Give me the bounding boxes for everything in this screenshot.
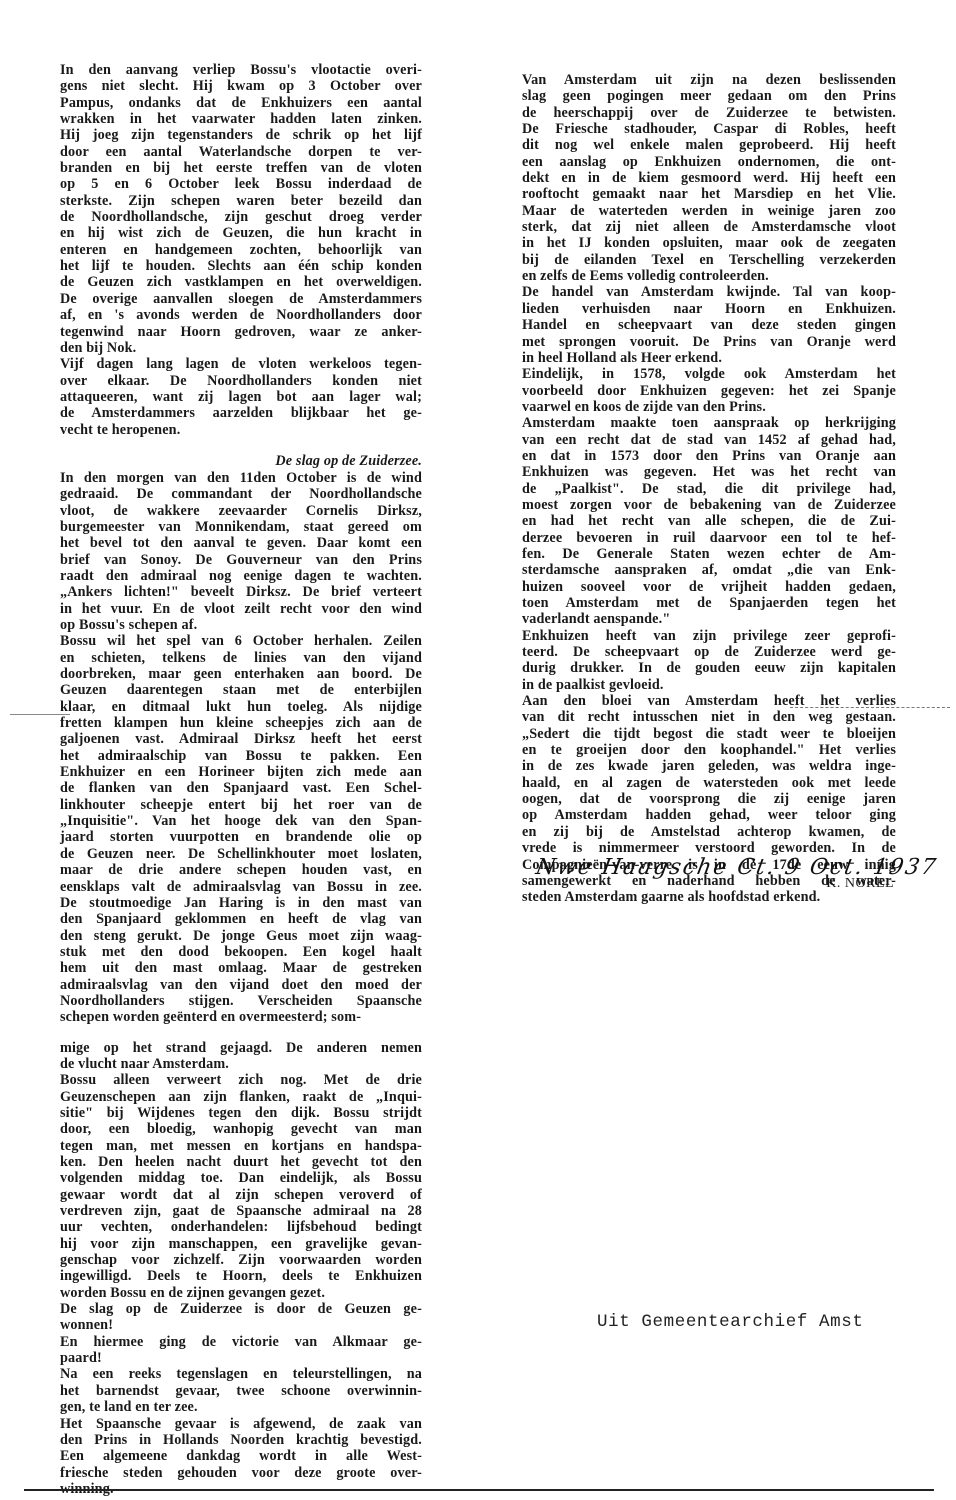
- text-line: den steng gerukt. De jonge Geus moet zij…: [60, 928, 422, 944]
- archive-stamp: Uit Gemeentearchief Amst: [597, 1312, 863, 1332]
- text-line: huizen sooveel voor de vrijheit hadden g…: [522, 579, 896, 595]
- text-line: ken. Den heelen nacht duurt het gevecht …: [60, 1154, 422, 1170]
- text-line: gen, te land en ter zee.: [60, 1399, 422, 1415]
- text-line: worden Bossu en de zijnen gevangen gezet…: [60, 1285, 422, 1301]
- text-line: durig drukker. In de gouden eeuw zijn ka…: [522, 660, 896, 676]
- text-line: sitie" bij Wijdenes tegen den dijk. Boss…: [60, 1105, 422, 1121]
- text-line: slag geen pogingen meer gedaan om den Pr…: [522, 88, 896, 104]
- text-line: in het IJ konden opsluiten, maar ook de …: [522, 235, 896, 251]
- text-line: en dat in 1573 door den Prins van Oranje…: [522, 448, 896, 464]
- pencil-underline-mark: [790, 707, 950, 709]
- text-line: en zelfs de Eems volledig controleerden.: [522, 268, 896, 284]
- text-line: verdreven zijn, gaat de Spaansche admira…: [60, 1203, 422, 1219]
- text-line: wonnen!: [60, 1317, 422, 1333]
- text-line: raadt den admiraal nog eenige dagen te w…: [60, 568, 422, 584]
- text-line: het bevel tot den aanval te geven. Daar …: [60, 535, 422, 551]
- text-line: de Geuzen zich vastklampen en het overwe…: [60, 274, 422, 290]
- text-line: de „Paalkist". De stad, die dit privileg…: [522, 481, 896, 497]
- text-line: van dit recht intusschen niet in den weg…: [522, 709, 896, 725]
- text-line: lieden verhuisden naar Hoorn en Enkhuize…: [522, 301, 896, 317]
- text-line: voorbeeld door Enkhuizen gegeven: het ze…: [522, 383, 896, 399]
- text-line: dit nog wel enkele malen geprobeerd. Hij…: [522, 137, 896, 153]
- text-line: Van Amsterdam uit zijn na dezen beslisse…: [522, 72, 896, 88]
- text-line: Vijf dagen lang lagen de vloten werkeloo…: [60, 356, 422, 372]
- text-line: tegen man, met messen en kortjans en han…: [60, 1138, 422, 1154]
- text-line: bij de eilanden Texel en Terschelling ve…: [522, 252, 896, 268]
- text-line: gewaar wordt dat al zijn schepen verover…: [60, 1187, 422, 1203]
- text-line: „Sedert die tijdt begost die stadt weer …: [522, 726, 896, 742]
- text-line: den Spanjaard geklommen en heeft de vlag…: [60, 911, 422, 927]
- text-line: Bossu wil het spel van 6 October herhale…: [60, 633, 422, 649]
- text-line: sterdamsche aanspraken af, omdat „die va…: [522, 562, 896, 578]
- text-line: hij voor zijn manschappen, een gravelijk…: [60, 1236, 422, 1252]
- text-line: de flanken van den Spanjaard vast. Een S…: [60, 780, 422, 796]
- text-line: Pampus, ondanks dat de Enkhuizers een aa…: [60, 95, 422, 111]
- text-line: af, en 's avonds werden de Noordhollande…: [60, 307, 422, 323]
- text-line: en zij bij de Amstelstad achterop kwamen…: [522, 824, 896, 840]
- paragraph: De handel van Amsterdam kwijnde. Tal van…: [522, 284, 896, 366]
- text-line: in het vuur. En de vloot zeilt recht voo…: [60, 601, 422, 617]
- paragraph: Bossu wil het spel van 6 October herhale…: [60, 633, 422, 1025]
- text-line: enteren en handgemeen zochten, behoorlij…: [60, 242, 422, 258]
- paragraph: mige op het strand gejaagd. De anderen n…: [60, 1040, 422, 1073]
- text-line: in de zes kwade jaren geleden, was weldr…: [522, 758, 896, 774]
- text-line: Noordhollanders stijgen. Verscheiden Spa…: [60, 993, 422, 1009]
- paragraph: In den aanvang verliep Bossu's vlootacti…: [60, 62, 422, 356]
- text-line: branden en bij het eerste treffen van de…: [60, 160, 422, 176]
- text-line: stuk met den dood bekoopen. Een kogel ha…: [60, 944, 422, 960]
- margin-mark: [10, 714, 70, 716]
- paragraph: Het Spaansche gevaar is afgewend, de zaa…: [60, 1416, 422, 1498]
- text-line: galjoenen vast. Admiraal Dirksz heeft he…: [60, 731, 422, 747]
- text-line: De overige aanvallen sloegen de Amsterda…: [60, 291, 422, 307]
- text-line: En hiermee ging de victorie van Alkmaar …: [60, 1334, 422, 1350]
- text-line: vaderlandt aenspande.": [522, 611, 896, 627]
- text-line: Bossu alleen verweert zich nog. Met de d…: [60, 1072, 422, 1088]
- text-line: linkhouter scheepje entert bij het roer …: [60, 797, 422, 813]
- text-line: in heel Holland als Heer erkend.: [522, 350, 896, 366]
- text-line: maar de drie andere schepen houden vast,…: [60, 862, 422, 878]
- paragraph: En hiermee ging de victorie van Alkmaar …: [60, 1334, 422, 1367]
- text-line: fen. De Generale Staten wezen echter de …: [522, 546, 896, 562]
- text-line: op 5 en 6 October leek Bossu inderdaad d…: [60, 176, 422, 192]
- text-line: friesche steden gehouden voor deze groot…: [60, 1465, 422, 1481]
- text-line: mige op het strand gejaagd. De anderen n…: [60, 1040, 422, 1056]
- text-line: met sprongen vooruit. De Prins van Oranj…: [522, 334, 896, 350]
- text-line: door een aantal Waterlandsche dorpen te …: [60, 144, 422, 160]
- text-line: derzee bevoeren in ruil daarvoor een tol…: [522, 530, 896, 546]
- text-line: het lijf te houden. Slechts aan één schi…: [60, 258, 422, 274]
- text-line: „Inquisitie". Van het hooge dek van den …: [60, 813, 422, 829]
- text-line: Geuzen daarentegen staan met de enterbij…: [60, 682, 422, 698]
- text-line: De stoutmoedige Jan Haring is in den mas…: [60, 895, 422, 911]
- text-line: uur vechten, onderhandelen: lijfsbehoud …: [60, 1219, 422, 1235]
- text-line: den Prins in Hollands Noorden krachtig b…: [60, 1432, 422, 1448]
- text-line: van een recht dat de stad van 1452 af ge…: [522, 432, 896, 448]
- text-line: gens niet slecht. Hij kwam op 3 October …: [60, 78, 422, 94]
- paragraph: De slag op de Zuiderzee is door de Geuze…: [60, 1301, 422, 1334]
- text-line: Handel en scheepvaart van deze steden gi…: [522, 317, 896, 333]
- text-line: wrakken in het vaarwater hadden laten zi…: [60, 111, 422, 127]
- paragraph: Eindelijk, in 1578, volgde ook Amsterdam…: [522, 366, 896, 415]
- text-line: genschap voor zichzelf. Zijn voorwaarden…: [60, 1252, 422, 1268]
- paragraph: Enkhuizen heeft van zijn privilege zeer …: [522, 628, 896, 693]
- text-line: sterk, dat zij niet alleen de Amsterdams…: [522, 219, 896, 235]
- text-line: hem uit den mast omlaag. Maar de gestrek…: [60, 960, 422, 976]
- text-line: jaard storten vuurpotten en brandende ol…: [60, 829, 422, 845]
- text-line: Eindelijk, in 1578, volgde ook Amsterdam…: [522, 366, 896, 382]
- text-line: Het Spaansche gevaar is afgewend, de zaa…: [60, 1416, 422, 1432]
- text-line: Amsterdam maakte toen aanspraak op herkr…: [522, 415, 896, 431]
- text-line: de Noordhollandsche, zijn geschut droeg …: [60, 209, 422, 225]
- author-byline: K. NOREL: [826, 876, 894, 892]
- text-line: toen Amsterdam met de Spanjaerden tegen …: [522, 595, 896, 611]
- text-line: brief van Sonoy. De Gouverneur van den P…: [60, 552, 422, 568]
- text-line: de Geuzen neer. De Schellinkhouter moet …: [60, 846, 422, 862]
- paragraph: In den morgen van den 11den October is d…: [60, 470, 422, 633]
- left-column: In den aanvang verliep Bossu's vlootacti…: [60, 62, 422, 1497]
- text-line: vaarwel en koos de zijde van den Prins.: [522, 399, 896, 415]
- text-line: de vlucht naar Amsterdam.: [60, 1056, 422, 1072]
- text-line: volgenden middag toe. Dan eindelijk, als…: [60, 1170, 422, 1186]
- paragraph: Van Amsterdam uit zijn na dezen beslisse…: [522, 72, 896, 284]
- text-line: Hij joeg zijn tegenstanders de schrik op…: [60, 127, 422, 143]
- paragraph: Amsterdam maakte toen aanspraak op herkr…: [522, 415, 896, 627]
- text-line: Na een reeks tegenslagen en teleurstelli…: [60, 1366, 422, 1382]
- text-line: De Friesche stadhouder, Caspar di Robles…: [522, 121, 896, 137]
- text-line: eensklaps valt de admiraalsvlag van Boss…: [60, 879, 422, 895]
- text-line: De handel van Amsterdam kwijnde. Tal van…: [522, 284, 896, 300]
- text-line: een aanslag op Enkhuizen ondernomen, die…: [522, 154, 896, 170]
- text-line: in de paalkist gevloeid.: [522, 677, 896, 693]
- text-line: dekt en in de kiem gesmoord werd. Hij he…: [522, 170, 896, 186]
- text-line: In den morgen van den 11den October is d…: [60, 470, 422, 486]
- text-line: op Amsterdam hadden gehad, weer teloor g…: [522, 807, 896, 823]
- text-line: De slag op de Zuiderzee is door de Geuze…: [60, 1301, 422, 1317]
- text-line: de heerschappij over de Zuiderzee te bet…: [522, 105, 896, 121]
- text-line: Maar de waterteden werden in weinige jar…: [522, 203, 896, 219]
- text-line: attaqueeren, want zij lagen bot aan lage…: [60, 389, 422, 405]
- text-line: In den aanvang verliep Bossu's vlootacti…: [60, 62, 422, 78]
- paragraph: Na een reeks tegenslagen en teleurstelli…: [60, 1366, 422, 1415]
- text-line: en te groeijen door den koophandel." Het…: [522, 742, 896, 758]
- text-line: moest zorgen voor de bebakening van de Z…: [522, 497, 896, 513]
- text-line: schepen worden geënterd en overmeesterd;…: [60, 1009, 422, 1025]
- text-line: vecht te heropenen.: [60, 422, 422, 438]
- text-line: den bij Nok.: [60, 340, 422, 356]
- text-line: over elkaar. De Noordhollanders konden n…: [60, 373, 422, 389]
- paragraph: Vijf dagen lang lagen de vloten werkeloo…: [60, 356, 422, 438]
- text-line: paard!: [60, 1350, 422, 1366]
- text-line: het admiraalschip van Bossu te pakken. E…: [60, 748, 422, 764]
- text-line: het barnendst gevaar, twee schoone overw…: [60, 1383, 422, 1399]
- text-line: fretten klampen hun kleine scheepjes zic…: [60, 715, 422, 731]
- text-line: doorbreken, maar geen enterhaken aan boo…: [60, 666, 422, 682]
- text-line: admiraalsvlag van den vijand doet den mo…: [60, 977, 422, 993]
- text-line: burgemeester van Monnikendam, staat gere…: [60, 519, 422, 535]
- text-line: en schieten, telkens de linies van den v…: [60, 650, 422, 666]
- text-line: en hij wist zich de Geuzen, die hun krac…: [60, 225, 422, 241]
- text-line: Enkhuizen was gegeven. Het was het recht…: [522, 464, 896, 480]
- section-heading: De slag op de Zuiderzee.: [60, 452, 422, 470]
- text-line: klaar, en ditmaal lukt hun toeleg. Als n…: [60, 699, 422, 715]
- text-line: en had het recht van alle schepen, die d…: [522, 513, 896, 529]
- text-line: oogen, dat de voorsprong die zij eenige …: [522, 791, 896, 807]
- text-line: Enkhuizen heeft van zijn privilege zeer …: [522, 628, 896, 644]
- text-line: Enkhuizer en een Horineer bijten zich me…: [60, 764, 422, 780]
- text-line: ingewilligd. Deels te Hoorn, deels te En…: [60, 1268, 422, 1284]
- text-line: sterkste. Zijn schepen waren beter bezei…: [60, 193, 422, 209]
- right-column: Van Amsterdam uit zijn na dezen beslisse…: [522, 72, 896, 906]
- text-line: Een algemeene dankdag wordt in alle West…: [60, 1448, 422, 1464]
- text-line: „Ankers lichten!" beveelt Dirksz. De bri…: [60, 584, 422, 600]
- text-line: de Amsterdammers aarzelden blijkbaar het…: [60, 405, 422, 421]
- text-line: Geuzenschepen aan zijn flanken, raakt de…: [60, 1089, 422, 1105]
- text-line: op Bossu's schepen af.: [60, 617, 422, 633]
- text-line: haald, en al zagen de watersteden ook me…: [522, 775, 896, 791]
- text-line: teerd. De scheepvaart op de Zuiderzee we…: [522, 644, 896, 660]
- text-line: tegenwind naar Hoorn gedroven, waar ze a…: [60, 324, 422, 340]
- bottom-rule: [24, 1489, 934, 1491]
- paragraph: Bossu alleen verweert zich nog. Met de d…: [60, 1072, 422, 1301]
- text-line: rooftocht gemaakt naar het Marsdiep en h…: [522, 186, 896, 202]
- text-line: door, een bloedig, wanhopig gevecht van …: [60, 1121, 422, 1137]
- text-line: gedraaid. De commandant der Noordholland…: [60, 486, 422, 502]
- text-line: vloot, de wakkere zeevaarder Cornelis Di…: [60, 503, 422, 519]
